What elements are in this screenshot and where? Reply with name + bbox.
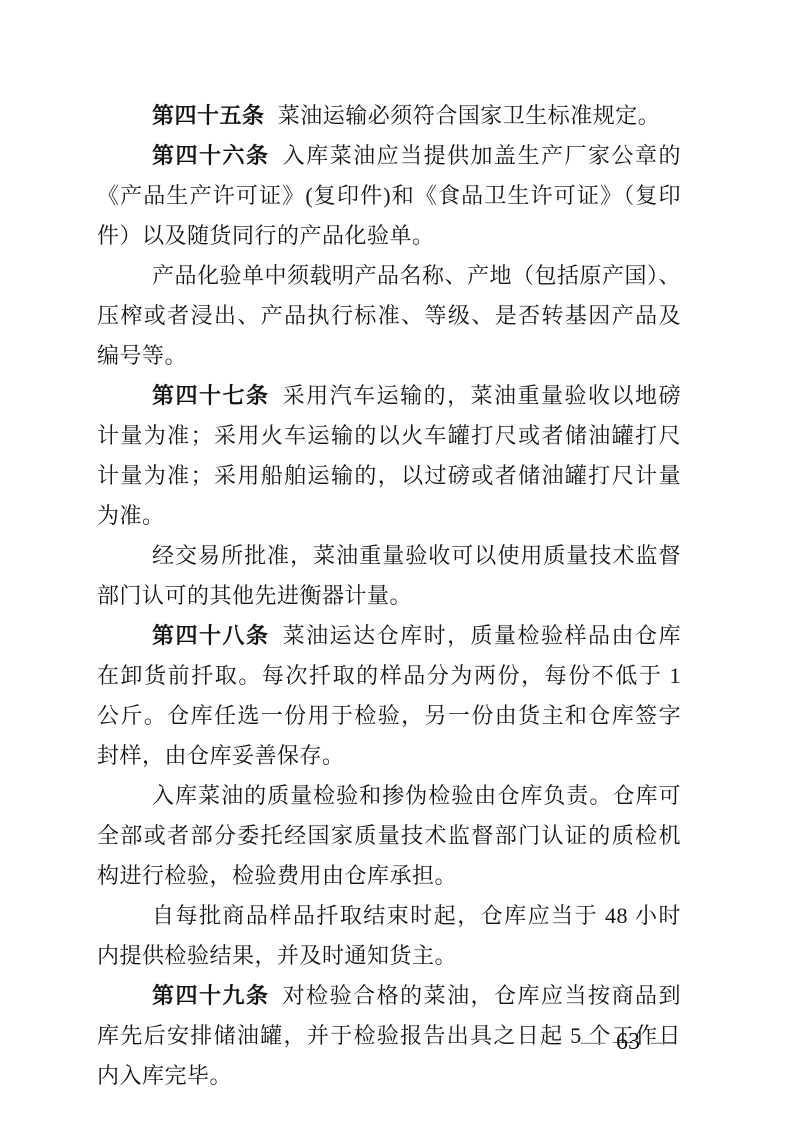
article-48-para-3-text: 自每批商品样品扦取结束时起，仓库应当于 48 小时内提供检验结果，并及时通知货主…	[97, 903, 681, 968]
document-page: 第四十五条菜油运输必须符合国家卫生标准规定。 第四十六条入库菜油应当提供加盖生产…	[0, 0, 793, 1122]
article-45-number: 第四十五条	[152, 103, 265, 128]
article-48-para-2: 入库菜油的质量检验和掺伪检验由仓库负责。仓库可全部或者部分委托经国家质量技术监督…	[97, 776, 681, 896]
article-47-para-2-text: 经交易所批准，菜油重量验收可以使用质量技术监督部门认可的其他先进衡器计量。	[97, 543, 681, 608]
article-47-para-2: 经交易所批准，菜油重量验收可以使用质量技术监督部门认可的其他先进衡器计量。	[97, 536, 681, 616]
article-46-number: 第四十六条	[152, 143, 269, 168]
page-number-value: 63	[616, 1029, 640, 1055]
article-46-detail-text: 产品化验单中须载明产品名称、产地（包括原产国）、压榨或者浸出、产品执行标准、等级…	[97, 263, 681, 368]
page-number-dash-left: —	[581, 1029, 605, 1055]
article-45: 第四十五条菜油运输必须符合国家卫生标准规定。	[97, 96, 681, 136]
document-body: 第四十五条菜油运输必须符合国家卫生标准规定。 第四十六条入库菜油应当提供加盖生产…	[97, 96, 681, 1096]
article-49-number: 第四十九条	[152, 983, 269, 1008]
article-47: 第四十七条采用汽车运输的，菜油重量验收以地磅计量为准；采用火车运输的以火车罐打尺…	[97, 376, 681, 536]
article-48-number: 第四十八条	[152, 623, 269, 648]
article-45-text: 菜油运输必须符合国家卫生标准规定。	[278, 103, 661, 128]
article-46-detail: 产品化验单中须载明产品名称、产地（包括原产国）、压榨或者浸出、产品执行标准、等级…	[97, 256, 681, 376]
article-48: 第四十八条菜油运达仓库时，质量检验样品由仓库在卸货前扦取。每次扦取的样品分为两份…	[97, 616, 681, 776]
article-46: 第四十六条入库菜油应当提供加盖生产厂家公章的《产品生产许可证》(复印件)和《食品…	[97, 136, 681, 256]
page-number-dash-right: —	[651, 1029, 675, 1055]
article-48-para-2-text: 入库菜油的质量检验和掺伪检验由仓库负责。仓库可全部或者部分委托经国家质量技术监督…	[97, 783, 681, 888]
article-48-para-3: 自每批商品样品扦取结束时起，仓库应当于 48 小时内提供检验结果，并及时通知货主…	[97, 896, 681, 976]
article-47-number: 第四十七条	[152, 383, 269, 408]
page-number: —63—	[581, 1024, 675, 1060]
